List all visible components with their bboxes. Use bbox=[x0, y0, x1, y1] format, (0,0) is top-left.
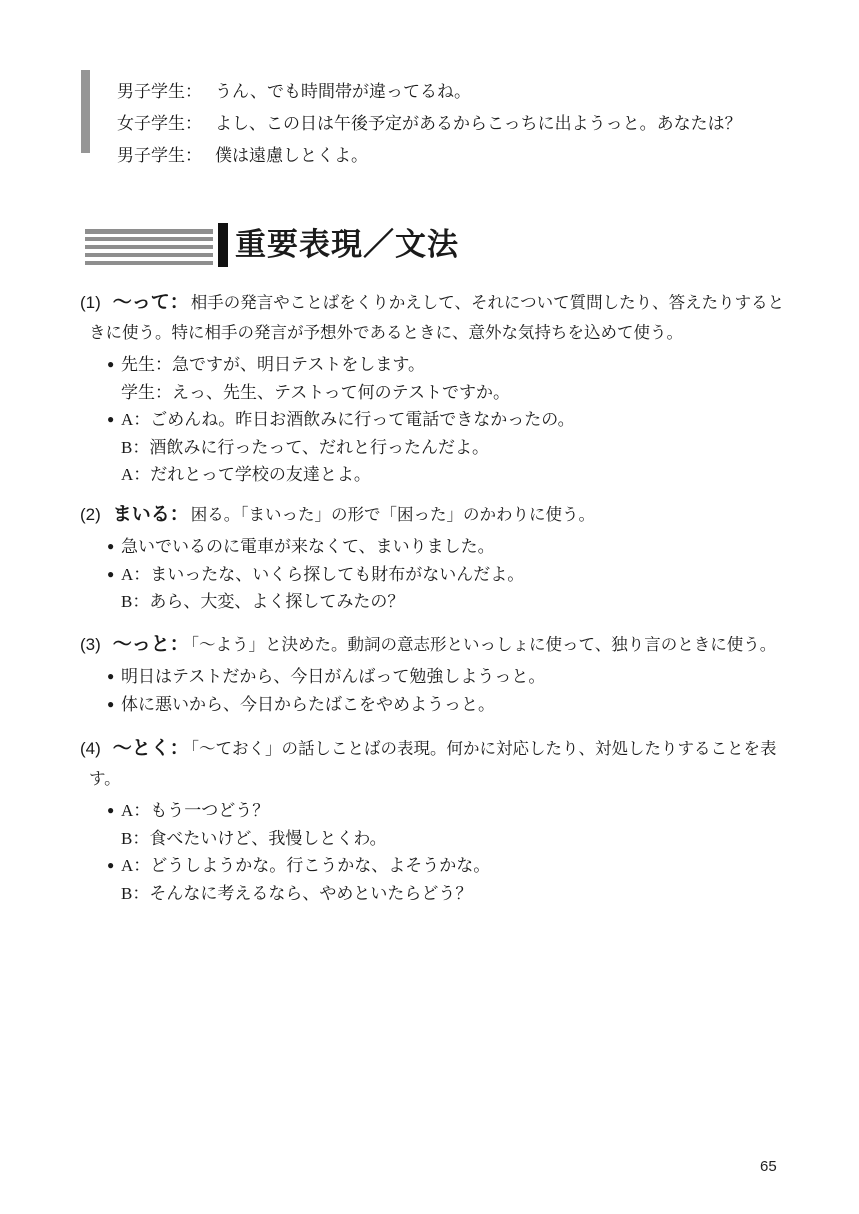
example-line: B：そんなに考えるなら、やめといたらどう？ bbox=[107, 880, 796, 908]
item-term: まいる： bbox=[113, 504, 189, 525]
utterance-text: よし、この日は午後予定があるからこっちに出ようっと。あなたは？ bbox=[215, 108, 742, 140]
item-term: 〜っと： bbox=[113, 634, 189, 655]
bullet-marker: ● bbox=[107, 797, 121, 825]
example-text: A：だれとって学校の友達とよ。 bbox=[121, 461, 371, 489]
item-number: (2) bbox=[80, 505, 101, 524]
grammar-item-1: (1)〜って：相手の発言やことばをくりかえして、それについて質問したり、答えたり… bbox=[80, 288, 796, 489]
dialogue-line: 男子学生： 僕は遠慮しとくよ。 bbox=[117, 140, 742, 172]
bullet-marker: ● bbox=[107, 691, 121, 719]
header-stripe bbox=[85, 229, 213, 234]
dialogue-block: 男子学生： うん、でも時間帯が違ってるね。 女子学生： よし、この日は午後予定が… bbox=[81, 70, 742, 172]
item-number: (4) bbox=[80, 739, 101, 758]
speaker-label: 男子学生： bbox=[117, 76, 215, 108]
bullet-spacer bbox=[107, 461, 121, 489]
example-text: B：食べたいけど、我慢しとくわ。 bbox=[121, 825, 387, 853]
example-text: B：酒飲みに行ったって、だれと行ったんだよ。 bbox=[121, 434, 489, 462]
utterance-text: うん、でも時間帯が違ってるね。 bbox=[215, 76, 471, 108]
bullet-marker: ● bbox=[107, 561, 121, 589]
dialogue-left-bar bbox=[81, 70, 90, 153]
grammar-item-head: (3)〜っと：「〜よう」と決めた。動詞の意志形といっしょに使って、独り言のときに… bbox=[80, 630, 796, 660]
header-stripe bbox=[85, 237, 213, 242]
textbook-page: 男子学生： うん、でも時間帯が違ってるね。 女子学生： よし、この日は午後予定が… bbox=[0, 0, 859, 1214]
grammar-item-3: (3)〜っと：「〜よう」と決めた。動詞の意志形といっしょに使って、独り言のときに… bbox=[80, 630, 796, 718]
bullet-marker: ● bbox=[107, 406, 121, 434]
grammar-item-head: (2)まいる：困る。「まいった」の形で「困った」のかわりに使う。 bbox=[80, 500, 796, 530]
speaker-label: 女子学生： bbox=[117, 108, 215, 140]
item-definition: 困る。「まいった」の形で「困った」のかわりに使う。 bbox=[191, 506, 595, 524]
dialogue-line: 女子学生： よし、この日は午後予定があるからこっちに出ようっと。あなたは？ bbox=[117, 108, 742, 140]
header-vertical-bar bbox=[218, 223, 228, 267]
example-list: ● 急いでいるのに電車が来なくて、まいりました。 ● A：まいったな、いくら探し… bbox=[107, 533, 796, 616]
example-line: A：だれとって学校の友達とよ。 bbox=[107, 461, 796, 489]
bullet-spacer bbox=[107, 434, 121, 462]
header-stripe bbox=[85, 245, 213, 250]
example-line: ● A：もう一つどう？ bbox=[107, 797, 796, 825]
grammar-item-head: (4)〜とく：「〜ておく」の話しことばの表現。何かに対応したり、対処したりするこ… bbox=[80, 734, 796, 794]
example-text: A：どうしようかな。行こうかな、よそうかな。 bbox=[121, 852, 490, 880]
grammar-item-4: (4)〜とく：「〜ておく」の話しことばの表現。何かに対応したり、対処したりするこ… bbox=[80, 734, 796, 907]
bullet-spacer bbox=[107, 379, 121, 407]
example-line: ● 体に悪いから、今日からたばこをやめようっと。 bbox=[107, 691, 796, 719]
header-stripe bbox=[85, 253, 213, 258]
example-line: ● A：まいったな、いくら探しても財布がないんだよ。 bbox=[107, 561, 796, 589]
header-stripes-decoration bbox=[85, 229, 213, 265]
item-definition: 「〜よう」と決めた。動詞の意志形といっしょに使って、独り言のときに使う。 bbox=[191, 636, 776, 654]
example-text: B：そんなに考えるなら、やめといたらどう？ bbox=[121, 880, 472, 908]
example-list: ● 先生：急ですが、明日テストをします。 学生：えっ、先生、テストって何のテスト… bbox=[107, 351, 796, 489]
grammar-item-head: (1)〜って：相手の発言やことばをくりかえして、それについて質問したり、答えたり… bbox=[80, 288, 796, 348]
example-line: ● A：ごめんね。昨日お酒飲みに行って電話できなかったの。 bbox=[107, 406, 796, 434]
example-text: A：もう一つどう？ bbox=[121, 797, 269, 825]
item-number: (1) bbox=[80, 293, 101, 312]
example-line: ● 急いでいるのに電車が来なくて、まいりました。 bbox=[107, 533, 796, 561]
bullet-spacer bbox=[107, 588, 121, 616]
example-line: B：酒飲みに行ったって、だれと行ったんだよ。 bbox=[107, 434, 796, 462]
grammar-item-2: (2)まいる：困る。「まいった」の形で「困った」のかわりに使う。 ● 急いでいる… bbox=[80, 500, 796, 616]
example-text: 急いでいるのに電車が来なくて、まいりました。 bbox=[121, 533, 495, 561]
item-definition: 相手の発言やことばをくりかえして、それについて質問したり、答えたりするときに使う… bbox=[89, 294, 784, 342]
example-text: B：あら、大変、よく探してみたの？ bbox=[121, 588, 404, 616]
example-text: A：ごめんね。昨日お酒飲みに行って電話できなかったの。 bbox=[121, 406, 575, 434]
dialogue-line: 男子学生： うん、でも時間帯が違ってるね。 bbox=[117, 76, 742, 108]
item-number: (3) bbox=[80, 635, 101, 654]
item-term: 〜とく： bbox=[113, 738, 189, 759]
bullet-spacer bbox=[107, 825, 121, 853]
speaker-label: 男子学生： bbox=[117, 140, 215, 172]
example-line: B：あら、大変、よく探してみたの？ bbox=[107, 588, 796, 616]
example-text: 学生：えっ、先生、テストって何のテストですか。 bbox=[121, 379, 510, 407]
example-line: ● 明日はテストだから、今日がんばって勉強しようっと。 bbox=[107, 663, 796, 691]
bullet-marker: ● bbox=[107, 533, 121, 561]
example-list: ● A：もう一つどう？ B：食べたいけど、我慢しとくわ。 ● A：どうしようかな… bbox=[107, 797, 796, 907]
bullet-marker: ● bbox=[107, 351, 121, 379]
example-text: A：まいったな、いくら探しても財布がないんだよ。 bbox=[121, 561, 524, 589]
item-definition: 「〜ておく」の話しことばの表現。何かに対応したり、対処したりすることを表す。 bbox=[89, 740, 777, 788]
dialogue-lines: 男子学生： うん、でも時間帯が違ってるね。 女子学生： よし、この日は午後予定が… bbox=[117, 70, 742, 172]
example-text: 明日はテストだから、今日がんばって勉強しようっと。 bbox=[121, 663, 545, 691]
example-list: ● 明日はテストだから、今日がんばって勉強しようっと。 ● 体に悪いから、今日か… bbox=[107, 663, 796, 718]
bullet-marker: ● bbox=[107, 852, 121, 880]
example-text: 体に悪いから、今日からたばこをやめようっと。 bbox=[121, 691, 495, 719]
header-stripe bbox=[85, 261, 213, 266]
example-line: B：食べたいけど、我慢しとくわ。 bbox=[107, 825, 796, 853]
example-line: ● A：どうしようかな。行こうかな、よそうかな。 bbox=[107, 852, 796, 880]
example-line: 学生：えっ、先生、テストって何のテストですか。 bbox=[107, 379, 796, 407]
example-text: 先生：急ですが、明日テストをします。 bbox=[121, 351, 425, 379]
page-number: 65 bbox=[760, 1158, 777, 1175]
bullet-marker: ● bbox=[107, 663, 121, 691]
section-title: 重要表現／文法 bbox=[235, 222, 459, 268]
example-line: ● 先生：急ですが、明日テストをします。 bbox=[107, 351, 796, 379]
utterance-text: 僕は遠慮しとくよ。 bbox=[215, 140, 368, 172]
bullet-spacer bbox=[107, 880, 121, 908]
item-term: 〜って： bbox=[113, 292, 189, 313]
